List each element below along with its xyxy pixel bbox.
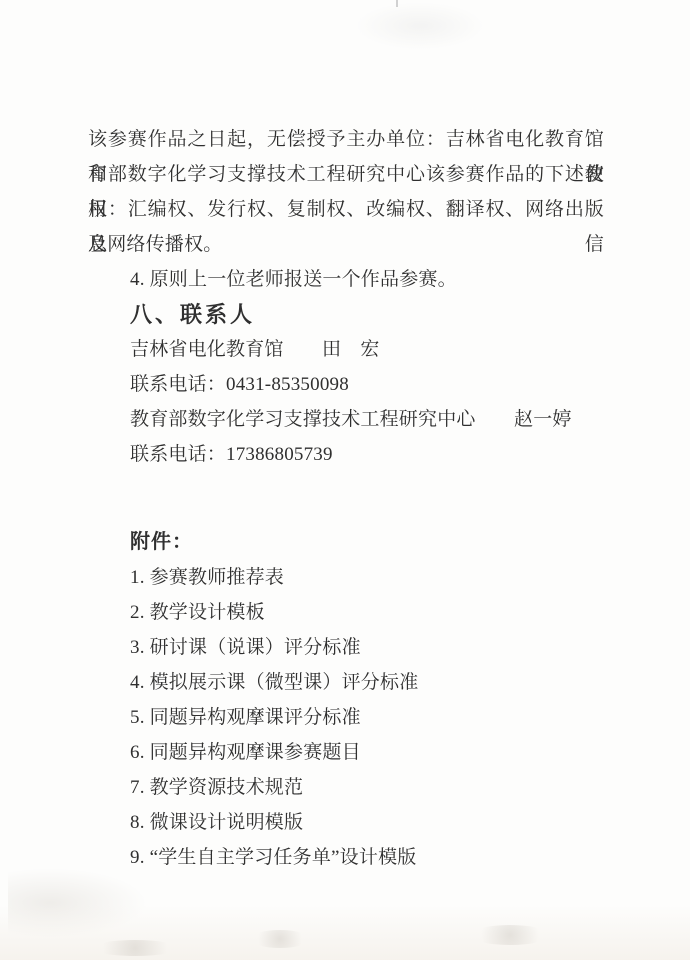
attachment-item: 4. 模拟展示课（微型课）评分标准: [88, 665, 648, 700]
contact-org-name: 吉林省电化教育馆 田 宏: [88, 332, 604, 367]
section-heading-contacts: 八、联系人: [88, 297, 604, 332]
attachments-heading: 附件：: [88, 525, 648, 560]
scanned-document-page: 该参赛作品之日起，无偿授予主办单位：吉林省电化教育馆和教 育部数字化学习支撑技术…: [0, 0, 690, 960]
attachment-item: 9. “学生自主学习任务单”设计模版: [88, 840, 648, 875]
attachment-item: 7. 教学资源技术规范: [88, 770, 648, 805]
attachment-item: 8. 微课设计说明模版: [88, 805, 648, 840]
attachments-section: 附件： 1. 参赛教师推荐表 2. 教学设计模板 3. 研讨课（说课）评分标准 …: [88, 525, 648, 875]
attachment-item: 3. 研讨课（说课）评分标准: [88, 630, 648, 665]
attachment-item: 2. 教学设计模板: [88, 595, 648, 630]
contact-phone: 联系电话：17386805739: [88, 437, 604, 472]
contact-org-name: 教育部数字化学习支撑技术工程研究中心 赵一婷: [88, 402, 604, 437]
attachment-item: 6. 同题异构观摩课参赛题目: [88, 735, 648, 770]
document-body: 该参赛作品之日起，无偿授予主办单位：吉林省电化教育馆和教 育部数字化学习支撑技术…: [88, 122, 604, 472]
contact-phone: 联系电话：0431-85350098: [88, 367, 604, 402]
rule-item-4: 4. 原则上一位老师报送一个作品参赛。: [88, 262, 604, 297]
paragraph-line: 该参赛作品之日起，无偿授予主办单位：吉林省电化教育馆和教: [88, 122, 604, 157]
scan-artifact-smudge: [355, 2, 485, 50]
scan-artifact-speck: [90, 940, 180, 956]
scan-artifact-speck: [470, 925, 550, 945]
paragraph-line: 权：汇编权、发行权、复制权、改编权、翻译权、网络出版及信: [88, 192, 604, 227]
attachment-item: 5. 同题异构观摩课评分标准: [88, 700, 648, 735]
paragraph-line: 育部数字化学习支撑技术工程研究中心该参赛作品的下述使用: [88, 157, 604, 192]
attachment-item: 1. 参赛教师推荐表: [88, 560, 648, 595]
scan-artifact-speck: [250, 930, 310, 948]
